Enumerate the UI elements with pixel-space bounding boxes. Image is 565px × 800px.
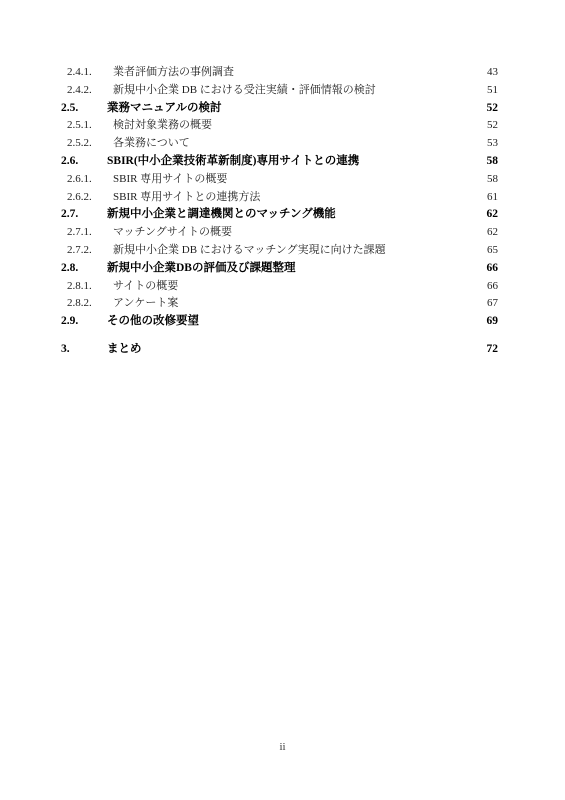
page-number: ii: [279, 741, 285, 753]
toc-entry-page: 43: [487, 64, 498, 82]
toc-entry-title: マッチングサイトの概要: [113, 224, 487, 242]
toc-entry-title: SBIR 専用サイトとの連携方法: [113, 189, 487, 207]
toc-entry-title: 検討対象業務の概要: [113, 117, 487, 135]
page-footer: ii: [0, 741, 565, 753]
toc-entry-number: 2.4.2.: [67, 82, 113, 100]
toc-entry-page: 72: [487, 341, 499, 359]
toc-entry: 2.6. SBIR(中小企業技術革新制度)専用サイトとの連携 58: [61, 153, 498, 171]
toc-entry-page: 62: [487, 224, 498, 242]
toc-entry: 2.4.2. 新規中小企業 DB における受注実績・評価情報の検討 51: [61, 82, 498, 100]
toc-entry-number: 2.8.: [61, 260, 107, 278]
toc-entry-number: 2.6.2.: [67, 189, 113, 207]
toc-entry-page: 61: [487, 189, 498, 207]
toc-entry-number: 2.7.: [61, 206, 107, 224]
toc-entry-number: 2.4.1.: [67, 64, 113, 82]
toc-entry-page: 67: [487, 295, 498, 313]
toc-entry-number: 2.7.2.: [67, 242, 113, 260]
toc-entry-title: 新規中小企業DBの評価及び課題整理: [107, 260, 487, 278]
toc-entry-page: 58: [487, 171, 498, 189]
toc-entry-page: 62: [487, 206, 499, 224]
toc-entry-number: 2.5.1.: [67, 117, 113, 135]
toc-entry-page: 66: [487, 260, 499, 278]
toc-entry-title: 新規中小企業と調達機関とのマッチング機能: [107, 206, 487, 224]
toc-entry-page: 52: [487, 100, 499, 118]
toc-entry-title: 業務マニュアルの検討: [107, 100, 487, 118]
toc-entry-page: 69: [487, 313, 499, 331]
toc-entry: 2.8.1. サイトの概要 66: [61, 278, 498, 296]
toc-entry-title: 各業務について: [113, 135, 487, 153]
toc-entry: 2.7. 新規中小企業と調達機関とのマッチング機能 62: [61, 206, 498, 224]
toc-entry-title: 新規中小企業 DB における受注実績・評価情報の検討: [113, 82, 487, 100]
toc-entry-title: まとめ: [107, 341, 487, 359]
toc-entry-title: その他の改修要望: [107, 313, 487, 331]
toc-entry-page: 51: [487, 82, 498, 100]
toc-entry: 2.6.1. SBIR 専用サイトの概要 58: [61, 171, 498, 189]
toc-entry: 2.4.1. 業者評価方法の事例調査 43: [61, 64, 498, 82]
toc-entry-title: SBIR(中小企業技術革新制度)専用サイトとの連携: [107, 153, 487, 171]
toc-entry-title: 新規中小企業 DB におけるマッチング実現に向けた課題: [113, 242, 487, 260]
toc-entry-number: 2.6.1.: [67, 171, 113, 189]
document-page: 2.4.1. 業者評価方法の事例調査 43 2.4.2. 新規中小企業 DB に…: [0, 0, 565, 800]
toc-entry: 2.6.2. SBIR 専用サイトとの連携方法 61: [61, 189, 498, 207]
toc-entry-number: 2.8.1.: [67, 278, 113, 296]
toc-entry-number: 2.6.: [61, 153, 107, 171]
toc-entry: 2.7.1. マッチングサイトの概要 62: [61, 224, 498, 242]
toc-entry: 2.8. 新規中小企業DBの評価及び課題整理 66: [61, 260, 498, 278]
toc-entry: 2.5.2. 各業務について 53: [61, 135, 498, 153]
toc-entry-page: 58: [487, 153, 499, 171]
toc-entry: 2.8.2. アンケート案 67: [61, 295, 498, 313]
toc-entry: 2.9. その他の改修要望 69: [61, 313, 498, 331]
toc-entry: 2.7.2. 新規中小企業 DB におけるマッチング実現に向けた課題 65: [61, 242, 498, 260]
toc-entry-page: 65: [487, 242, 498, 260]
toc-entry-number: 2.5.: [61, 100, 107, 118]
toc-entry-number: 3.: [61, 341, 107, 359]
toc-entry-number: 2.5.2.: [67, 135, 113, 153]
toc-entry-page: 53: [487, 135, 498, 153]
toc-entry-number: 2.7.1.: [67, 224, 113, 242]
toc-entry: 2.5. 業務マニュアルの検討 52: [61, 100, 498, 118]
toc-entry-page: 66: [487, 278, 498, 296]
toc-entry-title: サイトの概要: [113, 278, 487, 296]
toc-entry-title: SBIR 専用サイトの概要: [113, 171, 487, 189]
toc-entry-page: 52: [487, 117, 498, 135]
toc-entry: 2.5.1. 検討対象業務の概要 52: [61, 117, 498, 135]
toc-entry-number: 2.9.: [61, 313, 107, 331]
toc-entry-title: 業者評価方法の事例調査: [113, 64, 487, 82]
toc-entry: 3. まとめ 72: [61, 341, 498, 359]
toc-list: 2.4.1. 業者評価方法の事例調査 43 2.4.2. 新規中小企業 DB に…: [61, 64, 498, 359]
toc-entry-number: 2.8.2.: [67, 295, 113, 313]
toc-entry-title: アンケート案: [113, 295, 487, 313]
